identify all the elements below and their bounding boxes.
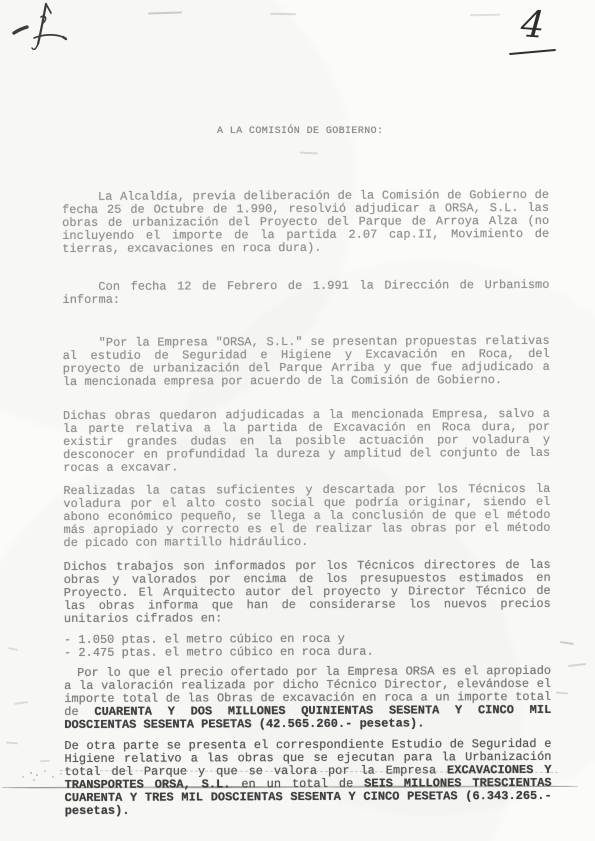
scan-speck [40,760,50,762]
scan-speck [8,647,18,650]
unit-price-list: - 1.050 ptas. el metro cúbico en roca y-… [64,632,551,660]
paragraph: Dichas obras quedaron adjudicadas a la m… [63,408,550,475]
paragraph: De otra parte se presenta el correspondi… [64,738,551,818]
scan-speck [470,14,500,16]
paragraph: "Por la Empresa "ORSA, S.L." se presenta… [63,335,550,389]
scan-speck [148,11,182,14]
paragraph: La Alcaldía, previa deliberación de la C… [62,189,549,256]
paragraph: Realizadas la catas suficientes y descar… [63,483,550,550]
scan-speck [300,152,318,154]
price-list-item: - 2.475 ptas. el metro cúbico en roca du… [64,645,551,660]
scan-speck [14,701,28,704]
body-text: Con fecha 12 de Febrero de 1.991 la Dire… [62,278,549,307]
body-text: La Alcaldía, previa deliberación de la C… [62,188,549,256]
handwritten-page-number: 4 [520,5,546,44]
scan-speck [556,692,568,694]
body-text: "Por la Empresa "ORSA, S.L." se presenta… [63,334,550,389]
page-number-underline [509,49,556,55]
paragraph: Por lo que el precio ofertado por la Emp… [64,665,551,732]
body-text: Dichas obras quedaron adjudicadas a la m… [63,407,550,475]
ink-scribble-mark [6,0,86,60]
scanned-document-page: 4 A LA COMISIÓN DE GOBIERNO: La Alcaldía… [0,0,595,841]
scan-speck [6,741,18,744]
scan-speck [560,641,574,644]
document-body: La Alcaldía, previa deliberación de la C… [62,189,552,818]
emphasized-amount-text: CUARENTA Y DOS MILLONES QUINIENTAS SESEN… [64,703,551,732]
scan-speck [270,13,296,15]
scan-smudge [30,772,32,774]
body-text: Realizadas la catas suficientes y descar… [63,482,550,550]
body-text: Dichos trabajos son informados por los T… [64,558,551,626]
scan-speck [568,663,586,666]
document-heading: A LA COMISIÓN DE GOBIERNO: [217,126,383,137]
paragraph: Con fecha 12 de Febrero de 1.991 la Dire… [62,279,549,307]
paragraph: Dichos trabajos son informados por los T… [64,559,551,626]
